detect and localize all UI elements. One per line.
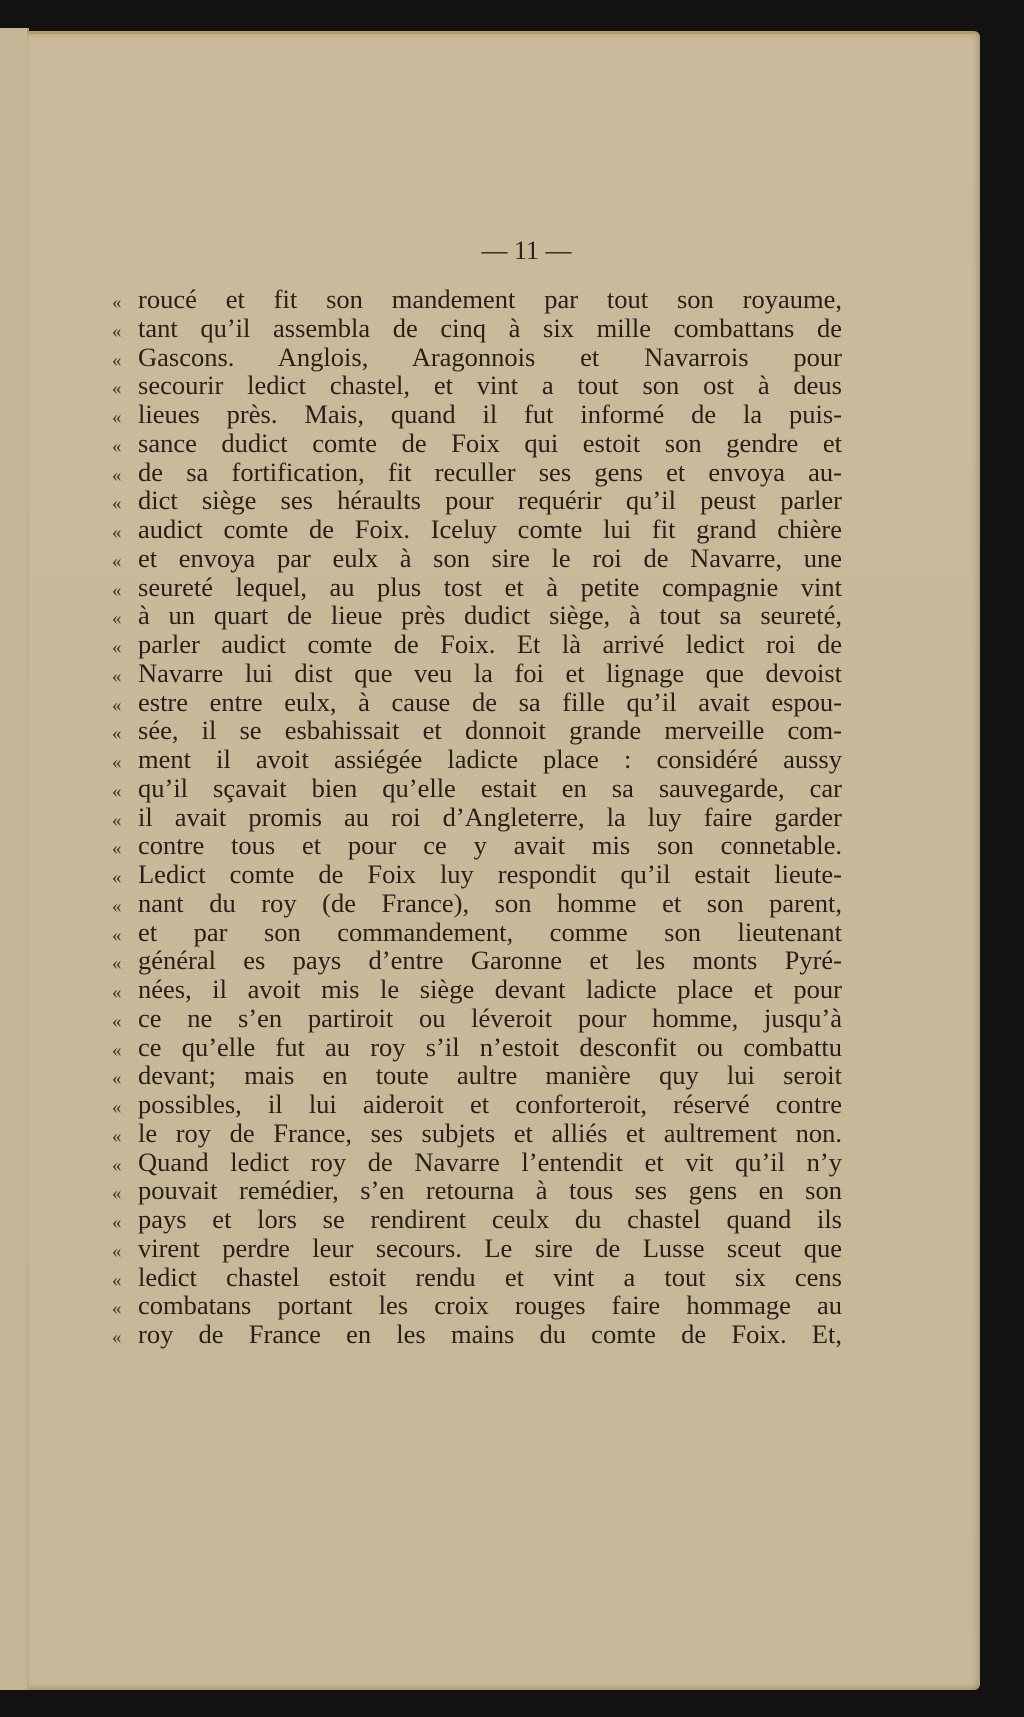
page-number: — 11 — — [27, 236, 980, 266]
text-line: «de sa fortification, fit reculler ses g… — [112, 458, 842, 487]
line-text: roy de France en les mains du comte de F… — [138, 1320, 842, 1349]
text-line: «ce qu’elle fut au roy s’il n’estoit des… — [112, 1033, 842, 1062]
text-line: «à un quart de lieue près dudict siège, … — [112, 601, 842, 630]
quote-mark: « — [112, 519, 138, 548]
body-text: «roucé et fit son mandement par tout son… — [112, 285, 842, 1349]
text-line: «estre entre eulx, à cause de sa fille q… — [112, 688, 842, 717]
quote-mark: « — [112, 950, 138, 979]
quote-mark: « — [112, 749, 138, 778]
quote-mark: « — [112, 893, 138, 922]
line-text: dict siège ses héraults pour requérir qu… — [138, 486, 842, 515]
quote-mark: « — [112, 1180, 138, 1209]
text-line: «seureté lequel, au plus tost et à petit… — [112, 573, 842, 602]
quote-mark: « — [112, 1152, 138, 1181]
text-line: «dict siège ses héraults pour requérir q… — [112, 486, 842, 515]
text-line: «sance dudict comte de Foix qui estoit s… — [112, 429, 842, 458]
quote-mark: « — [112, 375, 138, 404]
quote-mark: « — [112, 720, 138, 749]
line-text: et envoya par eulx à son sire le roi de … — [138, 544, 842, 573]
line-text: qu’il sçavait bien qu’elle estait en sa … — [138, 774, 842, 803]
text-line: «Gascons. Anglois, Aragonnois et Navarro… — [112, 343, 842, 372]
book-page: — 11 — «roucé et fit son mandement par t… — [27, 31, 980, 1690]
line-text: virent perdre leur secours. Le sire de L… — [138, 1234, 842, 1263]
line-text: ledict chastel estoit rendu et vint a to… — [138, 1263, 842, 1292]
quote-mark: « — [112, 1094, 138, 1123]
line-text: Quand ledict roy de Navarre l’entendit e… — [138, 1148, 842, 1177]
text-line: «et par son commandement, comme son lieu… — [112, 918, 842, 947]
quote-mark: « — [112, 347, 138, 376]
quote-mark: « — [112, 318, 138, 347]
line-text: général es pays d’entre Garonne et les m… — [138, 946, 842, 975]
text-line: «et envoya par eulx à son sire le roi de… — [112, 544, 842, 573]
line-text: sée, il se esbahissait et donnoit grande… — [138, 716, 842, 745]
line-text: possibles, il lui aideroit et confortero… — [138, 1090, 842, 1119]
text-line: «sée, il se esbahissait et donnoit grand… — [112, 716, 842, 745]
line-text: seureté lequel, au plus tost et à petite… — [138, 573, 842, 602]
text-line: «combatans portant les croix rouges fair… — [112, 1291, 842, 1320]
text-line: «nant du roy (de France), son homme et s… — [112, 889, 842, 918]
quote-mark: « — [112, 433, 138, 462]
line-text: pays et lors se rendirent ceulx du chast… — [138, 1205, 842, 1234]
quote-mark: « — [112, 577, 138, 606]
quote-mark: « — [112, 404, 138, 433]
line-text: ment il avoit assiégée ladicte place : c… — [138, 745, 842, 774]
text-line: «ce ne s’en partiroit ou léveroit pour h… — [112, 1004, 842, 1033]
line-text: pouvait remédier, s’en retourna à tous s… — [138, 1176, 842, 1205]
text-line: «pouvait remédier, s’en retourna à tous … — [112, 1176, 842, 1205]
text-line: «roy de France en les mains du comte de … — [112, 1320, 842, 1349]
quote-mark: « — [112, 807, 138, 836]
text-line: «ment il avoit assiégée ladicte place : … — [112, 745, 842, 774]
quote-mark: « — [112, 1209, 138, 1238]
quote-mark: « — [112, 663, 138, 692]
text-line: «pays et lors se rendirent ceulx du chas… — [112, 1205, 842, 1234]
line-text: ce ne s’en partiroit ou léveroit pour ho… — [138, 1004, 842, 1033]
line-text: et par son commandement, comme son lieut… — [138, 918, 842, 947]
text-line: «possibles, il lui aideroit et conforter… — [112, 1090, 842, 1119]
text-line: «nées, il avoit mis le siège devant ladi… — [112, 975, 842, 1004]
text-line: «Ledict comte de Foix luy respondit qu’i… — [112, 860, 842, 889]
quote-mark: « — [112, 1295, 138, 1324]
text-line: «devant; mais en toute aultre manière qu… — [112, 1061, 842, 1090]
line-text: Navarre lui dist que veu la foi et ligna… — [138, 659, 842, 688]
quote-mark: « — [112, 490, 138, 519]
line-text: de sa fortification, fit reculler ses ge… — [138, 458, 842, 487]
quote-mark: « — [112, 979, 138, 1008]
line-text: Ledict comte de Foix luy respondit qu’il… — [138, 860, 842, 889]
text-line: «il avait promis au roi d’Angleterre, la… — [112, 803, 842, 832]
quote-mark: « — [112, 864, 138, 893]
quote-mark: « — [112, 1324, 138, 1353]
quote-mark: « — [112, 835, 138, 864]
quote-mark: « — [112, 1123, 138, 1152]
quote-mark: « — [112, 922, 138, 951]
quote-mark: « — [112, 634, 138, 663]
text-line: «Quand ledict roy de Navarre l’entendit … — [112, 1148, 842, 1177]
line-text: combatans portant les croix rouges faire… — [138, 1291, 842, 1320]
text-line: «ledict chastel estoit rendu et vint a t… — [112, 1263, 842, 1292]
text-line: «parler audict comte de Foix. Et là arri… — [112, 630, 842, 659]
text-line: «tant qu’il assembla de cinq à six mille… — [112, 314, 842, 343]
line-text: roucé et fit son mandement par tout son … — [138, 285, 842, 314]
line-text: il avait promis au roi d’Angleterre, la … — [138, 803, 842, 832]
text-line: «général es pays d’entre Garonne et les … — [112, 946, 842, 975]
quote-mark: « — [112, 548, 138, 577]
line-text: Gascons. Anglois, Aragonnois et Navarroi… — [138, 343, 842, 372]
quote-mark: « — [112, 462, 138, 491]
text-line: «audict comte de Foix. Iceluy comte lui … — [112, 515, 842, 544]
line-text: ce qu’elle fut au roy s’il n’estoit desc… — [138, 1033, 842, 1062]
line-text: à un quart de lieue près dudict siège, à… — [138, 601, 842, 630]
quote-mark: « — [112, 605, 138, 634]
text-line: «secourir ledict chastel, et vint a tout… — [112, 371, 842, 400]
line-text: lieues près. Mais, quand il fut informé … — [138, 400, 842, 429]
adjacent-page-edge — [0, 28, 29, 1690]
text-line: «roucé et fit son mandement par tout son… — [112, 285, 842, 314]
line-text: le roy de France, ses subjets et alliés … — [138, 1119, 842, 1148]
text-line: «virent perdre leur secours. Le sire de … — [112, 1234, 842, 1263]
quote-mark: « — [112, 778, 138, 807]
quote-mark: « — [112, 1065, 138, 1094]
line-text: nées, il avoit mis le siège devant ladic… — [138, 975, 842, 1004]
quote-mark: « — [112, 692, 138, 721]
text-line: «contre tous et pour ce y avait mis son … — [112, 831, 842, 860]
line-text: audict comte de Foix. Iceluy comte lui f… — [138, 515, 842, 544]
text-line: «le roy de France, ses subjets et alliés… — [112, 1119, 842, 1148]
line-text: devant; mais en toute aultre manière quy… — [138, 1061, 842, 1090]
line-text: estre entre eulx, à cause de sa fille qu… — [138, 688, 842, 717]
line-text: sance dudict comte de Foix qui estoit so… — [138, 429, 842, 458]
text-line: «qu’il sçavait bien qu’elle estait en sa… — [112, 774, 842, 803]
text-line: «lieues près. Mais, quand il fut informé… — [112, 400, 842, 429]
quote-mark: « — [112, 1267, 138, 1296]
line-text: parler audict comte de Foix. Et là arriv… — [138, 630, 842, 659]
quote-mark: « — [112, 289, 138, 318]
line-text: contre tous et pour ce y avait mis son c… — [138, 831, 842, 860]
line-text: tant qu’il assembla de cinq à six mille … — [138, 314, 842, 343]
line-text: nant du roy (de France), son homme et so… — [138, 889, 842, 918]
line-text: secourir ledict chastel, et vint a tout … — [138, 371, 842, 400]
quote-mark: « — [112, 1037, 138, 1066]
text-line: «Navarre lui dist que veu la foi et lign… — [112, 659, 842, 688]
quote-mark: « — [112, 1008, 138, 1037]
quote-mark: « — [112, 1238, 138, 1267]
